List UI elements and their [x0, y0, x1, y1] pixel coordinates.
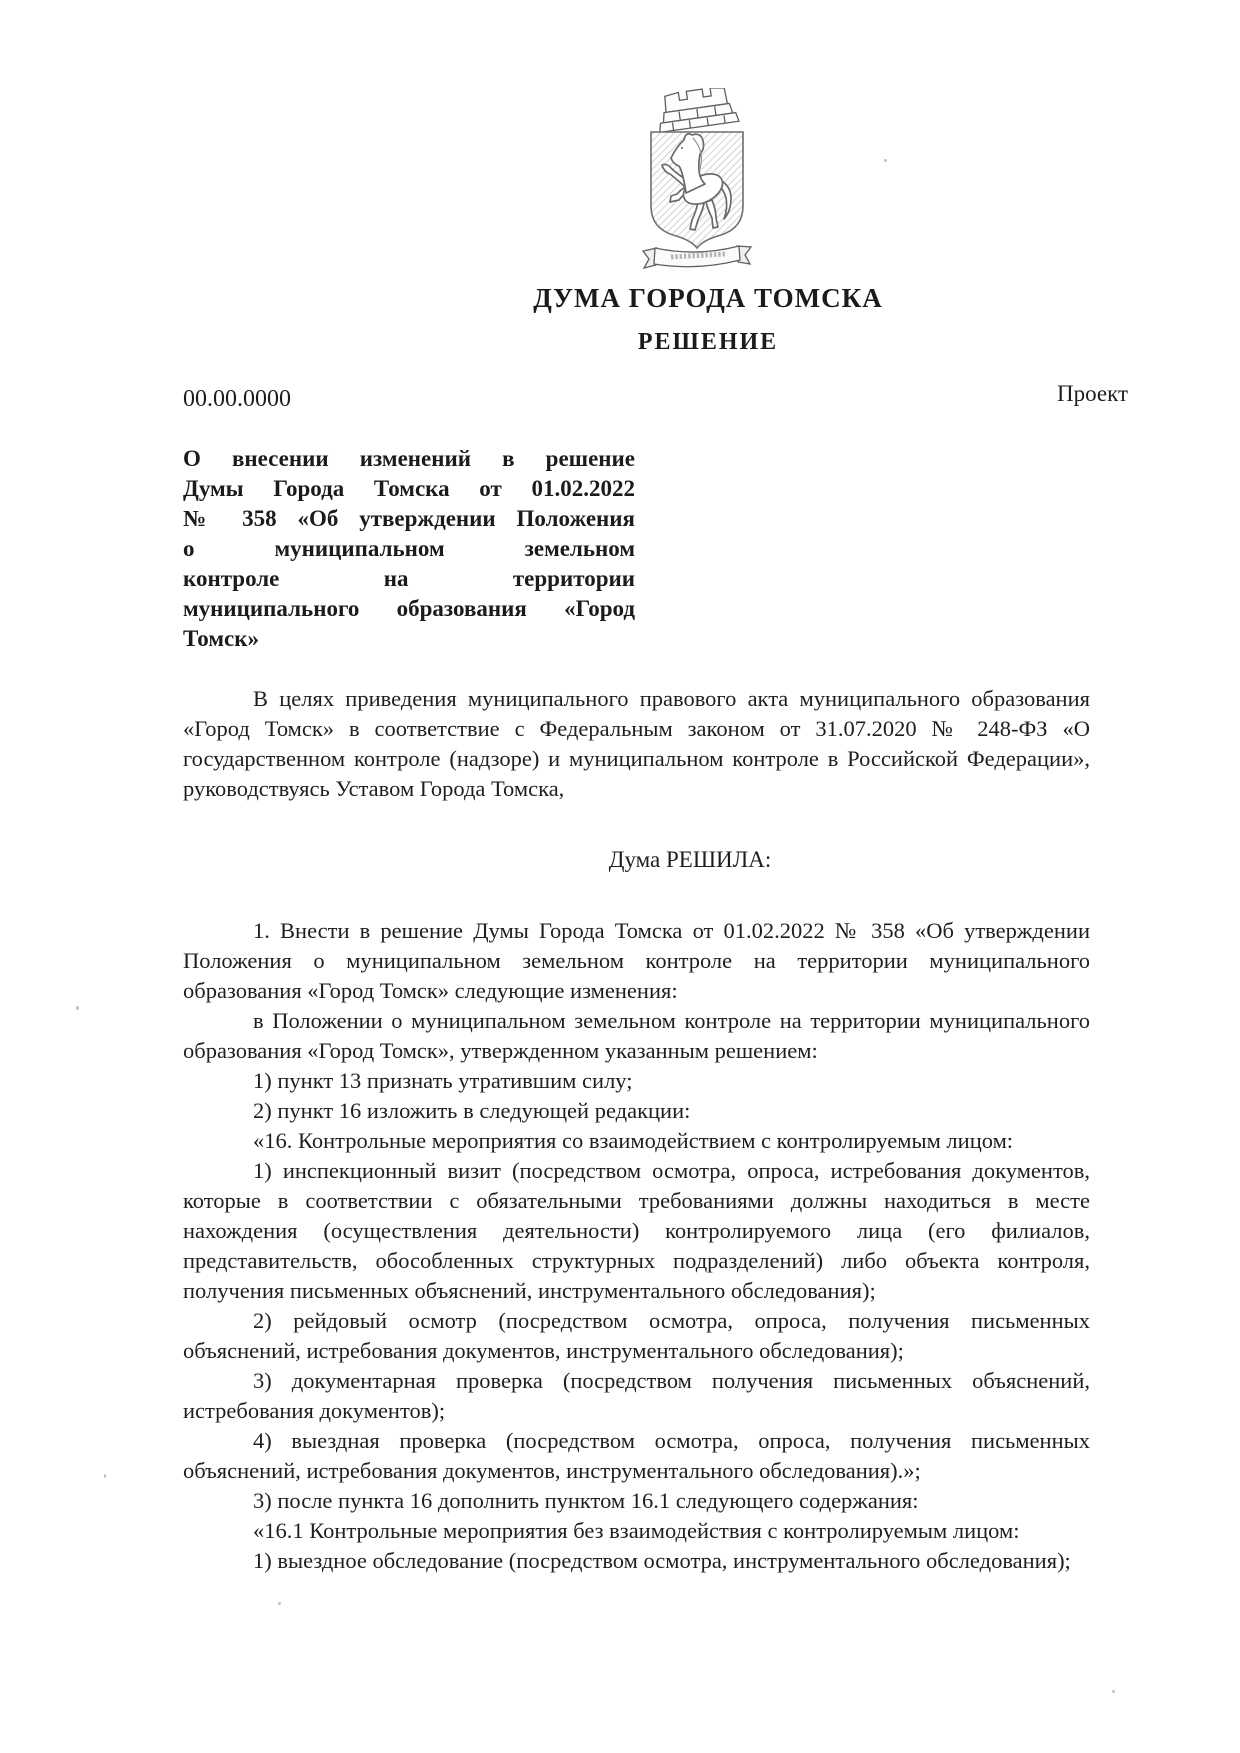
scan-speck: [104, 1474, 106, 1478]
title-line: О внесении изменений в решение: [183, 444, 635, 474]
scan-speck: [278, 1602, 281, 1605]
draft-status-label: Проект: [1057, 381, 1128, 407]
body-paragraph: 1) выездное обследование (посредством ос…: [183, 1546, 1090, 1576]
title-line: Думы Города Томска от 01.02.2022: [183, 474, 635, 504]
document-body: 1. Внести в решение Думы Города Томска о…: [183, 916, 1090, 1576]
scanned-document-page: ДУМА ГОРОДА ТОМСКА РЕШЕНИЕ 00.00.0000 Пр…: [0, 0, 1240, 1753]
body-paragraph: в Положении о муниципальном земельном ко…: [183, 1006, 1090, 1066]
body-paragraph: 3) после пункта 16 дополнить пунктом 16.…: [183, 1486, 1090, 1516]
scan-speck: [76, 1006, 79, 1010]
body-paragraph: 1) пункт 13 признать утратившим силу;: [183, 1066, 1090, 1096]
document-type-heading: РЕШЕНИЕ: [88, 329, 1240, 356]
resolution-heading: Дума РЕШИЛА:: [70, 847, 1240, 873]
scan-speck: [884, 159, 887, 162]
title-line: Томск»: [183, 624, 635, 654]
title-line: контроле на территории: [183, 564, 635, 594]
document-title: О внесении изменений в решение Думы Горо…: [183, 444, 635, 654]
title-line: муниципального образования «Город: [183, 594, 635, 624]
body-paragraph: «16.1 Контрольные мероприятия без взаимо…: [183, 1516, 1090, 1546]
document-date: 00.00.0000: [183, 386, 291, 413]
body-paragraph: 1. Внести в решение Думы Города Томска о…: [183, 916, 1090, 1006]
body-paragraph: 4) выездная проверка (посредством осмотр…: [183, 1426, 1090, 1486]
mural-crown-icon: [655, 88, 739, 132]
title-line: № 358 «Об утверждении Положения: [183, 504, 635, 534]
tomsk-coat-of-arms-icon: [641, 88, 753, 278]
body-paragraph: «16. Контрольные мероприятия со взаимоде…: [183, 1126, 1090, 1156]
body-paragraph: 2) рейдовый осмотр (посредством осмотра,…: [183, 1306, 1090, 1366]
organization-name: ДУМА ГОРОДА ТОМСКА: [88, 283, 1240, 314]
body-paragraph: 2) пункт 16 изложить в следующей редакци…: [183, 1096, 1090, 1126]
scan-speck: [1112, 1690, 1115, 1693]
preamble-paragraph: В целях приведения муниципального правов…: [183, 684, 1090, 804]
body-paragraph: 1) инспекционный визит (посредством осмо…: [183, 1156, 1090, 1306]
body-paragraph: 3) документарная проверка (посредством п…: [183, 1366, 1090, 1426]
title-line: о муниципальном земельном: [183, 534, 635, 564]
